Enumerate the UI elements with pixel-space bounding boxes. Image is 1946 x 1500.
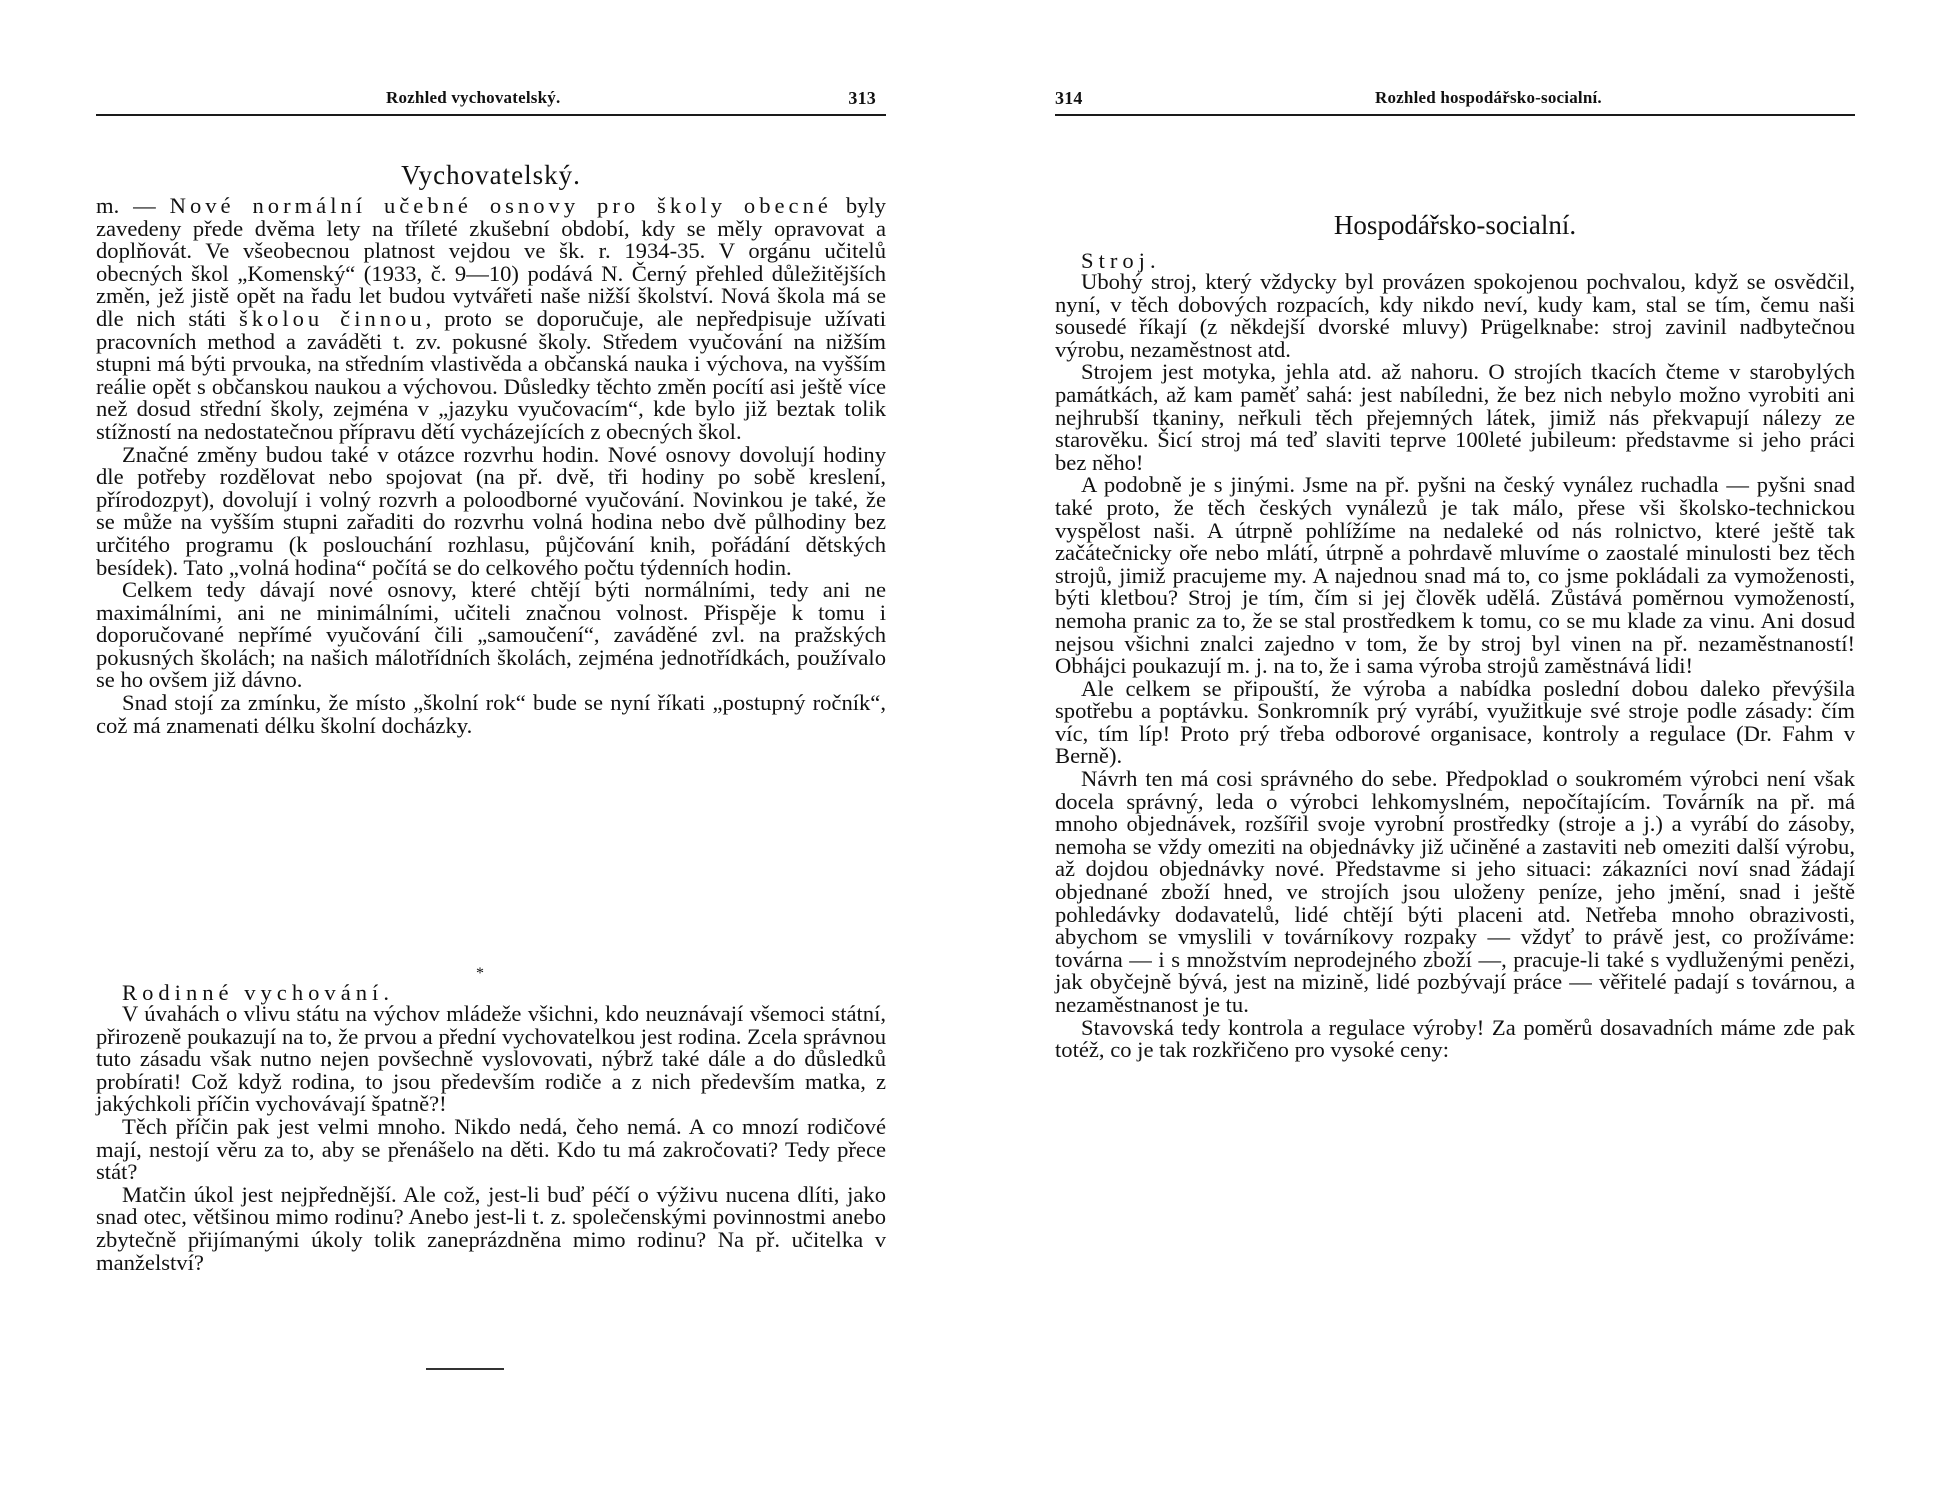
right-page: 314 Rozhled hospodářsko-socialní. Hospod… (1055, 0, 1855, 1500)
running-head-title: Rozhled hospodářsko-socialní. (1375, 88, 1602, 108)
subsection-body: V úvahách o vlivu státu na výchov mládež… (96, 1003, 886, 1274)
running-head-title: Rozhled vychovatelský. (386, 88, 560, 108)
page-number: 313 (848, 88, 876, 109)
header-rule (1055, 114, 1855, 116)
left-page: Rozhled vychovatelský. 313 Vychovatelský… (96, 0, 886, 1500)
section-title: Vychovatelský. (96, 160, 886, 191)
section-title: Hospodářsko-socialní. (1055, 210, 1855, 241)
section-separator: * (476, 965, 484, 983)
paragraph: Strojem jest motyka, jehla atd. až nahor… (1055, 361, 1855, 474)
spaced-emphasis: školou činnou (239, 306, 426, 331)
paragraph: Těch příčin pak jest velmi mnoho. Nikdo … (96, 1116, 886, 1184)
spaced-heading: Nové normální učebné osnovy pro školy ob… (170, 193, 832, 218)
paragraph: Ale celkem se připouští, že výroba a nab… (1055, 678, 1855, 768)
paragraph: Návrh ten má cosi správného do sebe. Pře… (1055, 768, 1855, 1017)
paragraph: Ubohý stroj, který vždycky byl provázen … (1055, 271, 1855, 361)
paragraph: Snad stojí za zmínku, že místo „školní r… (96, 692, 886, 737)
section-body: m. — Nové normální učebné osnovy pro ško… (96, 195, 886, 737)
running-head: 314 Rozhled hospodářsko-socialní. (1055, 88, 1855, 112)
page-number: 314 (1055, 88, 1083, 109)
header-rule (96, 114, 886, 116)
end-rule (426, 1368, 504, 1370)
running-head: Rozhled vychovatelský. 313 (96, 88, 886, 112)
paragraph: m. — Nové normální učebné osnovy pro ško… (96, 195, 886, 444)
paragraph: V úvahách o vlivu státu na výchov mládež… (96, 1003, 886, 1116)
paragraph: Stavovská tedy kontrola a regulace výrob… (1055, 1017, 1855, 1062)
section-body: Ubohý stroj, který vždycky byl provázen … (1055, 271, 1855, 1062)
paragraph: A podobně je s jinými. Jsme na př. pyšni… (1055, 474, 1855, 677)
paragraph: Značné změny budou také v otázce rozvrhu… (96, 444, 886, 580)
paragraph: Matčin úkol jest nejpřednější. Ale což, … (96, 1184, 886, 1274)
paragraph-lead: m. — (96, 193, 170, 218)
paragraph: Celkem tedy dávají nové osnovy, které ch… (96, 579, 886, 692)
